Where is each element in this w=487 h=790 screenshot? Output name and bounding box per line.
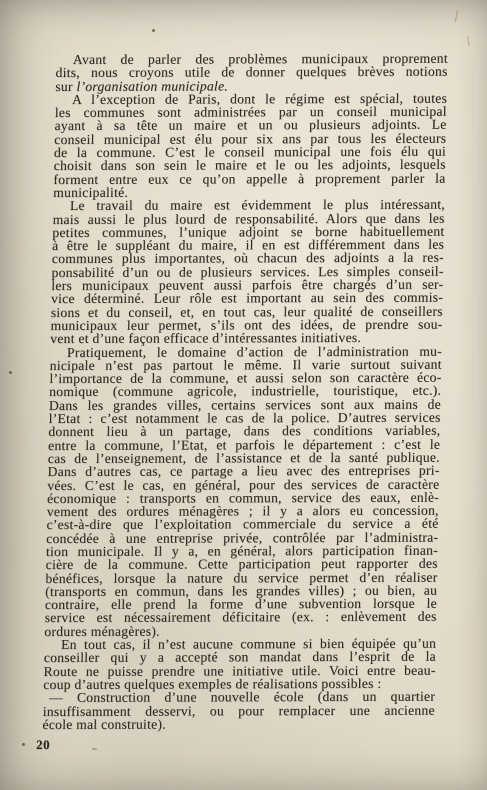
scan-speck: [22, 743, 25, 746]
text-line: forment entre eux ce qu’on appelle à pro…: [53, 171, 445, 186]
paragraph: Le travail du maire est évidemment le pl…: [50, 198, 445, 346]
paragraph: En tout cas, il n’est aucune commune si …: [43, 637, 436, 692]
text-block: Avant de parler des problèmes municipaux…: [42, 52, 448, 752]
paragraph: — Construction d’une nouvelle école (dan…: [42, 690, 435, 731]
text-line: école mal construite).: [42, 716, 434, 731]
paragraph: Pratiquement, le domaine d’action de l’a…: [44, 344, 442, 638]
paper-fiber: [455, 10, 458, 22]
scanned-book-page: Avant de parler des problèmes municipaux…: [0, 0, 487, 790]
paragraph: A l’exception de Paris, dont le régime e…: [53, 92, 447, 200]
scan-speck: [152, 29, 155, 32]
paper-fiber: [467, 36, 469, 46]
scan-speck: [92, 748, 97, 750]
text-line: service est nécessairement déficitaire (…: [45, 610, 437, 625]
paragraph: Avant de parler des problèmes municipaux…: [55, 52, 448, 93]
scan-speck: [9, 371, 12, 374]
text-line: insuffisamment desservi, ou pour remplac…: [43, 703, 435, 718]
